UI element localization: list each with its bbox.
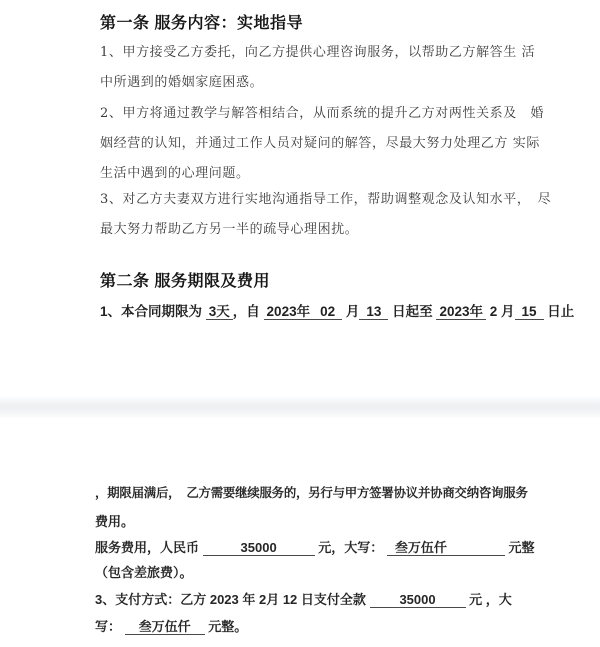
fee-suffix: 元整 <box>505 540 535 555</box>
month-label2: 月 <box>501 304 515 319</box>
paragraph-line: 姻经营的认知，并通过工作人员对疑问的解答，尽最大努力处理乙方 实际 <box>100 129 560 159</box>
payment-prefix: 3、支付方式：乙方 2023 年 2月 12 日支付全款 <box>95 592 370 607</box>
section2-title: 第二条 服务期限及费用 <box>100 268 270 291</box>
paragraph-line: 3、对乙方夫妻双方进行实地沟通指导工作，帮助调整观念及认知水平， 尽 <box>100 185 560 215</box>
contract-term-line: 1、本合同期限为 3天，自 2023年02 月13 日起至 2023年 2 月1… <box>100 300 574 320</box>
paragraph-line: 最大努力帮助乙方另一半的疏导心理困扰。 <box>100 215 560 245</box>
paragraph-line: 2、甲方将通过教学与解答相结合，从而系统的提升乙方对两性关系及 婚 <box>100 99 560 129</box>
fee-prefix: 服务费用，人民币 <box>95 540 203 555</box>
page-break-divider <box>0 397 600 417</box>
payment-amount-words-field: 叁万伍仟 <box>125 619 205 635</box>
payment-suffix: 元 ，大 <box>466 592 512 607</box>
end-month-value: 2 <box>486 304 501 319</box>
term-connector: ，自 <box>233 304 264 319</box>
contract-document-page: 第一条 服务内容：实地指导 1、甲方接受乙方委托，向乙方提供心理咨询服务，以帮助… <box>0 0 600 647</box>
paragraph-line: 1、甲方接受乙方委托，向乙方提供心理咨询服务，以帮助乙方解答生 活 <box>100 38 560 68</box>
start-day-field: 13 <box>359 304 388 320</box>
fee-mid-label: 元，大写： <box>315 540 387 555</box>
payment-words-suffix: 元整。 <box>205 619 248 634</box>
payment-line-1: 3、支付方式：乙方 2023 年 2月 12 日支付全款 35000 元 ，大 <box>95 589 512 608</box>
renewal-line-2: 费用。 <box>95 511 134 530</box>
fee-amount-digits-field: 35000 <box>203 540 315 556</box>
renewal-line-1: ，期限届满后， 乙方需要继续服务的，另行与甲方签署协议并协商交纳咨询服务 <box>95 483 528 501</box>
end-year-field: 2023年 <box>436 304 486 320</box>
section1-paragraph-1: 1、甲方接受乙方委托，向乙方提供心理咨询服务，以帮助乙方解答生 活 中所遇到的婚… <box>100 38 560 98</box>
term-duration-field: 3天 <box>206 304 233 320</box>
start-year-field: 2023年 <box>264 304 314 320</box>
paragraph-line: 中所遇到的婚姻家庭困惑。 <box>100 68 560 98</box>
payment-line-2: 写： 叁万伍仟 元整。 <box>95 616 247 635</box>
month-label: 月 <box>342 304 359 319</box>
section1-paragraph-2: 2、甲方将通过教学与解答相结合，从而系统的提升乙方对两性关系及 婚 姻经营的认知… <box>100 99 560 189</box>
section1-title: 第一条 服务内容：实地指导 <box>100 10 303 33</box>
payment-amount-digits-field: 35000 <box>370 592 466 608</box>
payment-words-prefix: 写： <box>95 619 125 634</box>
section1-paragraph-3: 3、对乙方夫妻双方进行实地沟通指导工作，帮助调整观念及认知水平， 尽 最大努力帮… <box>100 185 560 245</box>
travel-fee-note: （包含差旅费）。 <box>95 562 193 581</box>
term-prefix: 1、本合同期限为 <box>100 304 206 319</box>
fee-amount-words-field: 叁万伍仟 <box>387 540 505 556</box>
end-day-field: 15 <box>515 304 544 320</box>
start-month-field: 02 <box>313 304 342 320</box>
service-fee-line: 服务费用，人民币 35000 元，大写： 叁万伍仟 元整 <box>95 537 534 556</box>
term-connector2: 日起至 <box>388 304 436 319</box>
term-suffix: 日止 <box>544 304 575 319</box>
